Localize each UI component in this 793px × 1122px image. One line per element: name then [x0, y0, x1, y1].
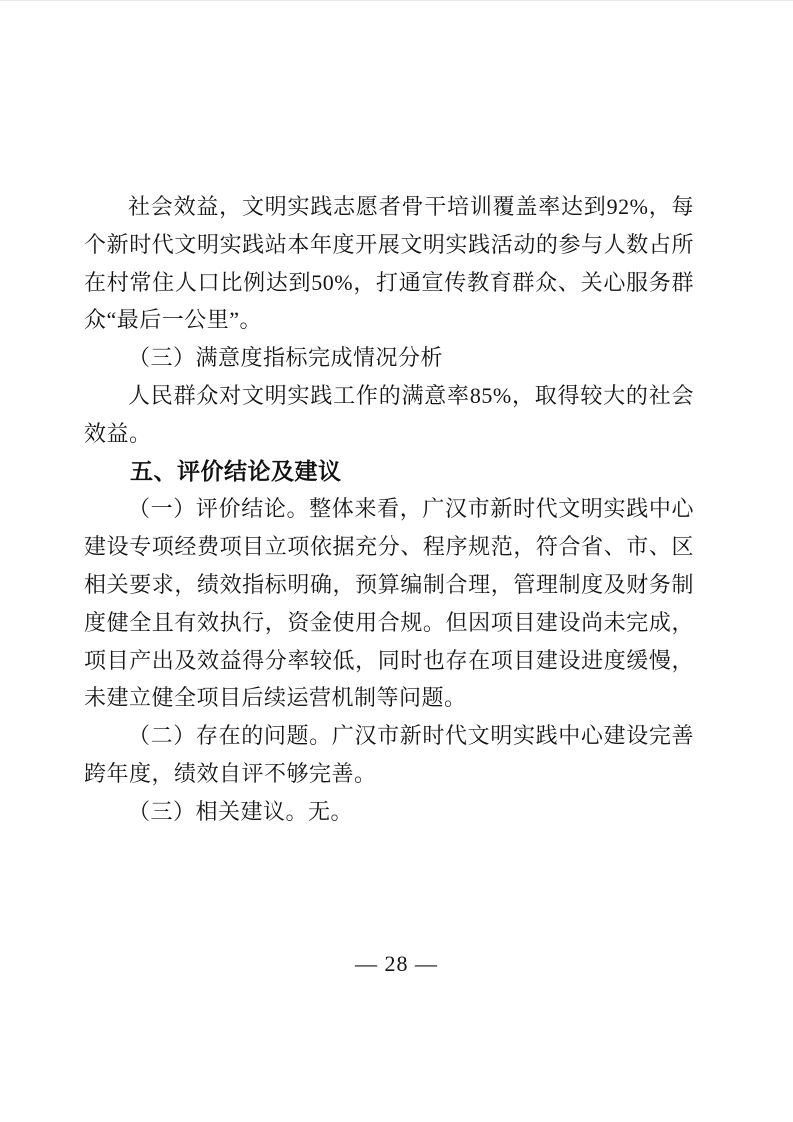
document-page: 社会效益，文明实践志愿者骨干培训覆盖率达到92%，每个新时代文明实践站本年度开展… [0, 0, 793, 1122]
paragraph-related-suggestions: （三）相关建议。无。 [84, 793, 694, 831]
section-heading-conclusion-and-suggestions: 五、评价结论及建议 [84, 453, 694, 491]
paragraph-existing-problems: （二）存在的问题。广汉市新时代文明实践中心建设完善跨年度，绩效自评不够完善。 [84, 717, 694, 793]
subheading-satisfaction-analysis: （三）满意度指标完成情况分析 [84, 339, 694, 377]
paragraph-evaluation-conclusion: （一）评价结论。整体来看，广汉市新时代文明实践中心建设专项经费项目立项依据充分、… [84, 490, 694, 717]
page-number: — 28 — [355, 951, 438, 976]
document-body: 社会效益，文明实践志愿者骨干培训覆盖率达到92%，每个新时代文明实践站本年度开展… [84, 188, 694, 831]
paragraph-satisfaction-result: 人民群众对文明实践工作的满意率85%，取得较大的社会效益。 [84, 377, 694, 453]
paragraph-social-benefit: 社会效益，文明实践志愿者骨干培训覆盖率达到92%，每个新时代文明实践站本年度开展… [84, 188, 694, 339]
page-footer: — 28 — [0, 951, 793, 977]
